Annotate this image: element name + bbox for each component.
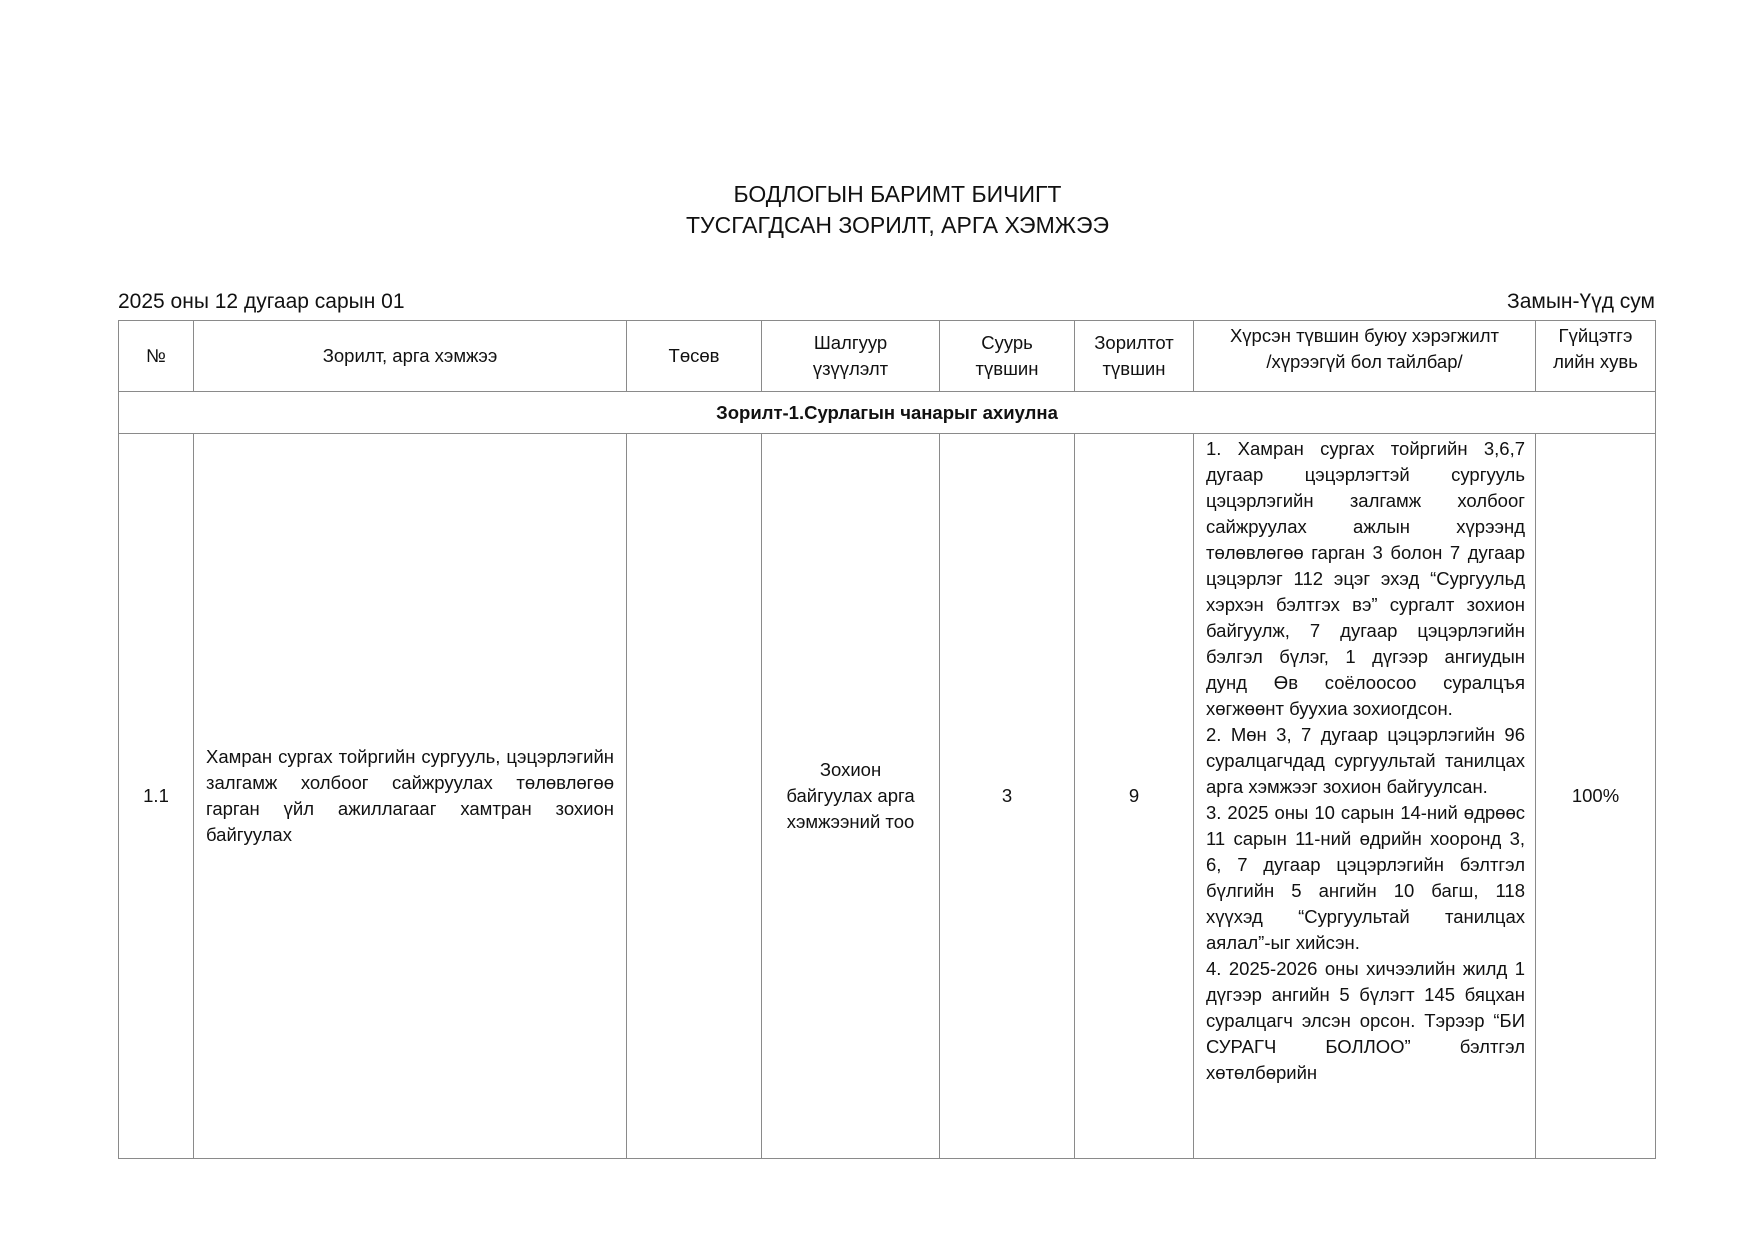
goals-table: № Зорилт, арга хэмжээ Төсөв Шалгуур үзүү… xyxy=(118,320,1656,1159)
table-row: 1.1 Хамран сургах тойргийн сургууль, цэц… xyxy=(119,434,1656,1159)
table-header-row: № Зорилт, арга хэмжээ Төсөв Шалгуур үзүү… xyxy=(119,321,1656,392)
header-target-line2: түвшин xyxy=(1103,358,1166,379)
achieved-item-4: 4. 2025-2026 оны хичээлийн жилд 1 дүгээр… xyxy=(1206,956,1525,1086)
header-goal: Зорилт, арга хэмжээ xyxy=(194,321,627,392)
header-target: Зорилтот түвшин xyxy=(1075,321,1194,392)
document-location: Замын-Үүд сум xyxy=(1507,290,1655,314)
document-title-line2: ТУСГАГДСАН ЗОРИЛТ, АРГА ХЭМЖЭЭ xyxy=(0,211,1755,240)
section-row: Зорилт-1.Сурлагын чанарыг ахиулна xyxy=(119,392,1656,434)
row-target: 9 xyxy=(1075,434,1194,1159)
section-title: Зорилт-1.Сурлагын чанарыг ахиулна xyxy=(119,392,1656,434)
row-goal: Хамран сургах тойргийн сургууль, цэцэрлэ… xyxy=(194,434,627,1159)
header-criteria-line2: үзүүлэлт xyxy=(813,358,888,379)
row-no: 1.1 xyxy=(119,434,194,1159)
header-no: № xyxy=(119,321,194,392)
achieved-item-2: 2. Мөн 3, 7 дугаар цэцэрлэгийн 96 суралц… xyxy=(1206,722,1525,800)
row-percent: 100% xyxy=(1536,434,1656,1159)
header-achieved: Хүрсэн түвшин буюу хэрэгжилт /хүрээгүй б… xyxy=(1194,321,1536,392)
row-achieved: 1. Хамран сургах тойргийн 3,6,7 дугаар ц… xyxy=(1194,434,1536,1159)
header-baseline-line2: түвшин xyxy=(976,358,1039,379)
header-budget: Төсөв xyxy=(627,321,762,392)
header-achieved-line2: /хүрээгүй бол тайлбар/ xyxy=(1266,351,1462,372)
header-achieved-line1: Хүрсэн түвшин буюу хэрэгжилт xyxy=(1230,325,1499,346)
row-baseline: 3 xyxy=(940,434,1075,1159)
header-criteria: Шалгуур үзүүлэлт xyxy=(762,321,940,392)
header-percent-line2: лийн хувь xyxy=(1553,351,1638,372)
achieved-item-3: 3. 2025 оны 10 сарын 14-ний өдрөөс 11 са… xyxy=(1206,800,1525,956)
header-percent-line1: Гүйцэтгэ xyxy=(1559,325,1633,346)
header-baseline: Суурь түвшин xyxy=(940,321,1075,392)
row-budget xyxy=(627,434,762,1159)
header-criteria-line1: Шалгуур xyxy=(814,332,887,353)
header-baseline-line1: Суурь xyxy=(981,332,1033,353)
achieved-item-1: 1. Хамран сургах тойргийн 3,6,7 дугаар ц… xyxy=(1206,436,1525,722)
document-title-line1: БОДЛОГЫН БАРИМТ БИЧИГТ xyxy=(0,180,1755,209)
header-target-line1: Зорилтот xyxy=(1094,332,1174,353)
document-date: 2025 оны 12 дугаар сарын 01 xyxy=(118,290,405,314)
header-percent: Гүйцэтгэ лийн хувь xyxy=(1536,321,1656,392)
row-criteria: Зохион байгуулах арга хэмжээний тоо xyxy=(762,434,940,1159)
